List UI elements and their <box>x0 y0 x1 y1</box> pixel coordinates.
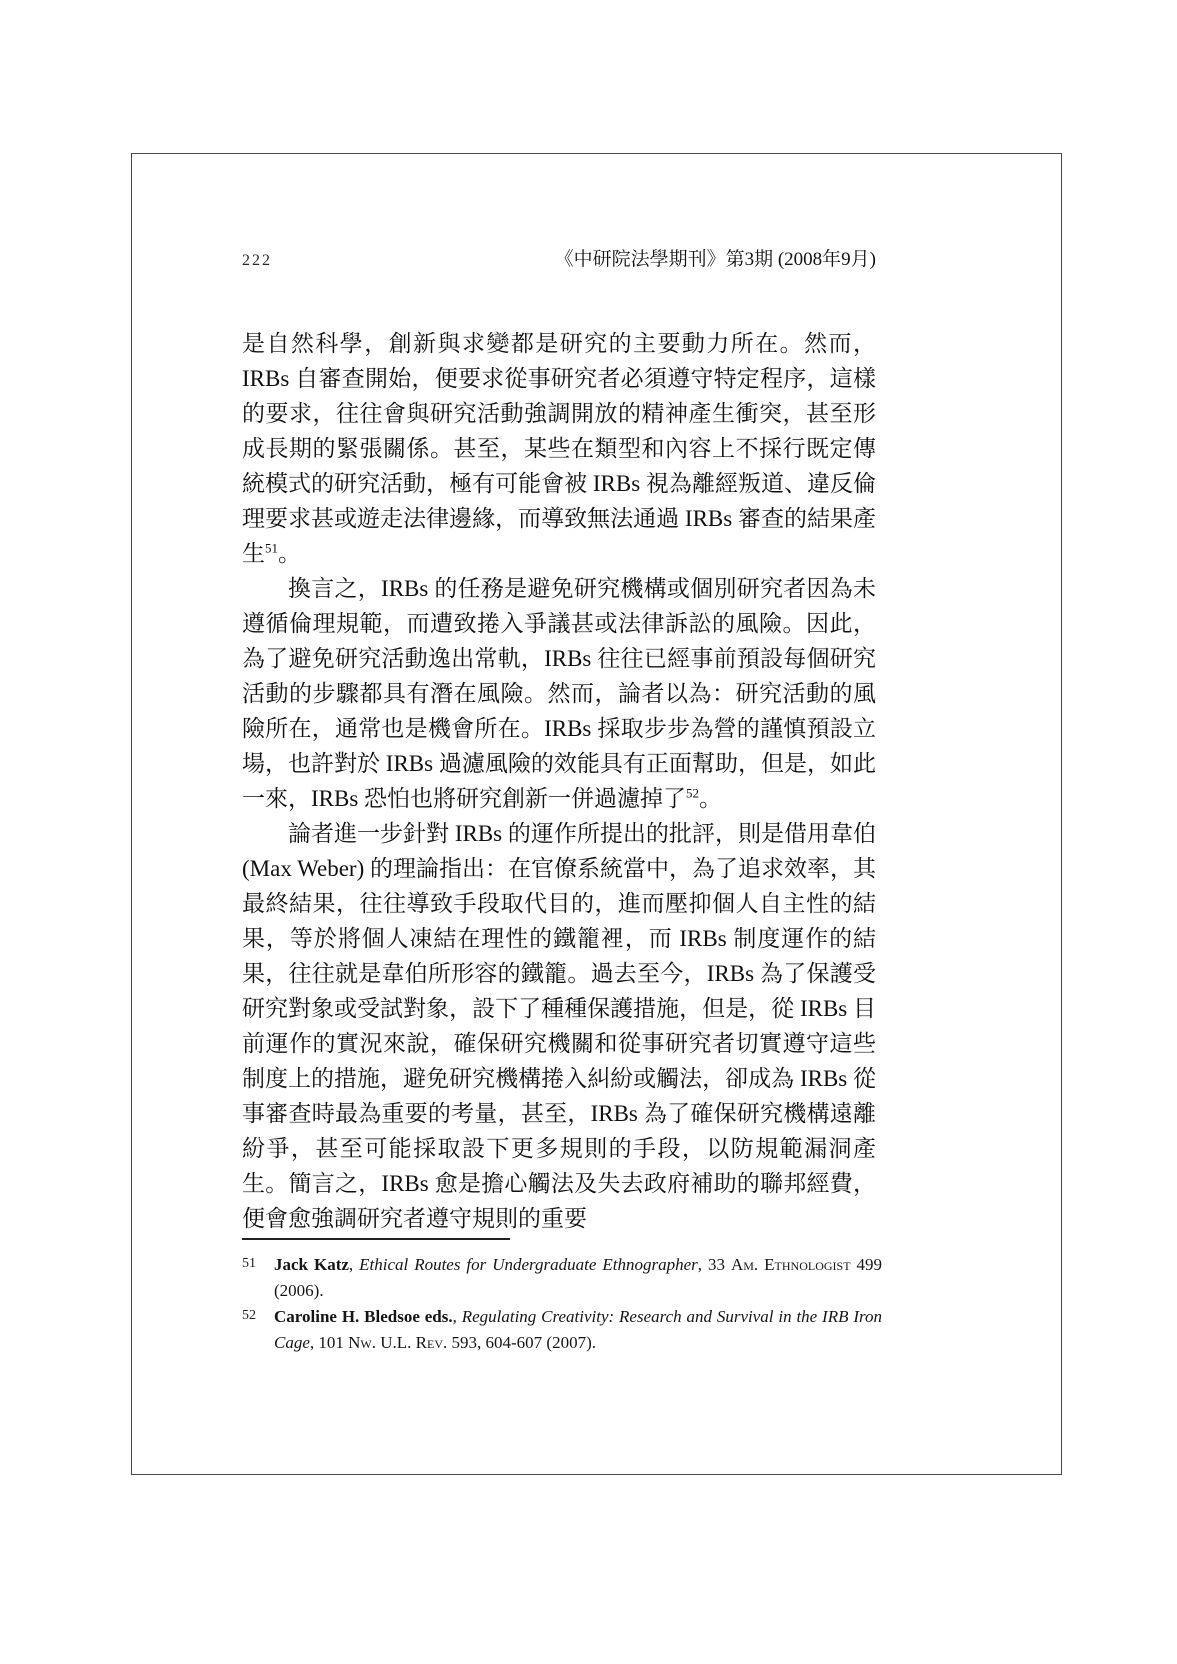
body-paragraphs: 是自然科學，創新與求變都是研究的主要動力所在。然而，IRBs 自審查開始，便要求… <box>242 326 876 1236</box>
body-paragraph: 是自然科學，創新與求變都是研究的主要動力所在。然而，IRBs 自審查開始，便要求… <box>242 326 876 571</box>
footnote-list: 51Jack Katz, Ethical Routes for Undergra… <box>242 1252 882 1356</box>
footnote-ref: 51 <box>265 540 278 555</box>
footnote-citation-part: , <box>349 1255 359 1274</box>
running-header: 222 《中研院法學期刊》第3期 (2008年9月) <box>242 244 876 271</box>
page-number: 222 <box>242 252 272 270</box>
footnote-number: 51 <box>242 1251 274 1277</box>
footnote-citation-part: , 33 <box>698 1255 731 1274</box>
footnote-citation-part: , <box>453 1307 462 1326</box>
footnote: 51Jack Katz, Ethical Routes for Undergra… <box>242 1252 882 1304</box>
scanned-page-canvas: 222 《中研院法學期刊》第3期 (2008年9月) 是自然科學，創新與求變都是… <box>0 0 1177 1664</box>
footnote: 52Caroline H. Bledsoe eds., Regulating C… <box>242 1304 882 1356</box>
footnote-ref: 52 <box>686 785 699 800</box>
footnote-separator <box>242 1238 510 1240</box>
footnote-citation-part: Nw. U.L. Rev. <box>348 1333 447 1352</box>
footnote-citation-part: Am. Ethnologist <box>731 1255 851 1274</box>
footnote-text: Jack Katz, Ethical Routes for Undergradu… <box>274 1252 882 1304</box>
journal-issue-title: 《中研院法學期刊》第3期 (2008年9月) <box>555 244 876 271</box>
footnote-number: 52 <box>242 1303 274 1329</box>
body-paragraph: 換言之，IRBs 的任務是避免研究機構或個別研究者因為未遵循倫理規範，而遭致捲入… <box>242 571 876 816</box>
footnote-citation-part: 593, 604-607 (2007). <box>447 1333 596 1352</box>
footnote-text: Caroline H. Bledsoe eds., Regulating Cre… <box>274 1304 882 1356</box>
page-frame: 222 《中研院法學期刊》第3期 (2008年9月) 是自然科學，創新與求變都是… <box>131 153 1062 1475</box>
footnote-citation-part: Jack Katz <box>274 1255 349 1274</box>
body-paragraph: 論者進一步針對 IRBs 的運作所提出的批評，則是借用韋伯 (Max Weber… <box>242 816 876 1236</box>
footnote-citation-part: Caroline H. Bledsoe eds. <box>274 1307 453 1326</box>
footnote-citation-part: Ethical Routes for Undergraduate Ethnogr… <box>359 1255 698 1274</box>
footnote-citation-part: , 101 <box>310 1333 348 1352</box>
